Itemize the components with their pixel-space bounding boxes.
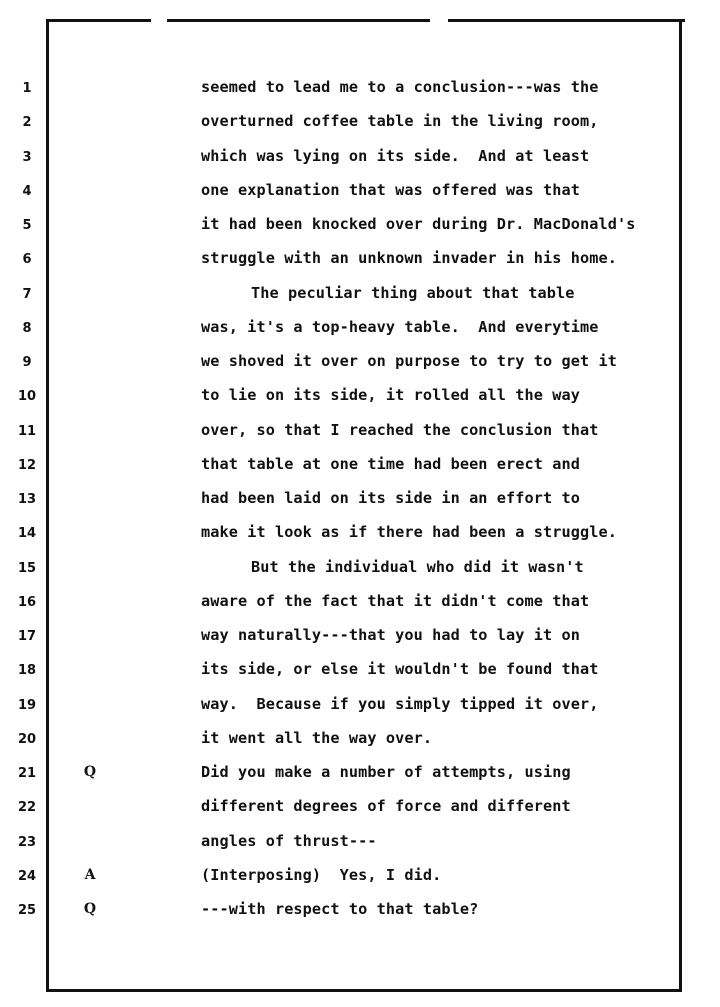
footer-right-fragment: [612, 1001, 682, 1007]
line-number: 2: [14, 115, 40, 130]
line-number: 10: [14, 389, 40, 404]
transcript-line-text: over, so that I reached the conclusion t…: [201, 421, 598, 439]
line-number: 1: [14, 81, 40, 96]
line-number: 6: [14, 252, 40, 267]
line-number: 22: [14, 800, 40, 815]
transcript-line-text: (Interposing) Yes, I did.: [201, 866, 441, 884]
line-number: 24: [14, 869, 40, 884]
line-number: 15: [14, 561, 40, 576]
line-number: 14: [14, 526, 40, 541]
speaker-label: A: [80, 867, 100, 883]
transcript-line-text: it went all the way over.: [201, 729, 432, 747]
line-number: 9: [14, 355, 40, 370]
transcript-line-text: was, it's a top-heavy table. And everyti…: [201, 318, 598, 336]
transcript-line-text: ---with respect to that table?: [201, 900, 478, 918]
transcript-line-text: we shoved it over on purpose to try to g…: [201, 352, 617, 370]
line-number: 21: [14, 766, 40, 781]
line-number: 5: [14, 218, 40, 233]
transcript-line-text: way naturally---that you had to lay it o…: [201, 626, 580, 644]
line-number: 8: [14, 321, 40, 336]
line-number: 11: [14, 424, 40, 439]
transcript-line-text: that table at one time had been erect an…: [201, 455, 580, 473]
transcript-line-text: aware of the fact that it didn't come th…: [201, 592, 589, 610]
transcript-line-text: The peculiar thing about that table: [251, 284, 575, 302]
speaker-label: Q: [80, 901, 100, 917]
line-number: 18: [14, 663, 40, 678]
line-number: 23: [14, 835, 40, 850]
line-number: 16: [14, 595, 40, 610]
transcript-line-text: Did you make a number of attempts, using: [201, 763, 571, 781]
transcript-line-text: one explanation that was offered was tha…: [201, 181, 580, 199]
line-number: 13: [14, 492, 40, 507]
line-number: 12: [14, 458, 40, 473]
transcript-line-text: had been laid on its side in an effort t…: [201, 489, 580, 507]
footer-left-fragment: [128, 1001, 168, 1007]
line-number: 19: [14, 698, 40, 713]
line-number: 25: [14, 903, 40, 918]
transcript-line-text: it had been knocked over during Dr. MacD…: [201, 215, 635, 233]
line-number: 17: [14, 629, 40, 644]
line-number: 4: [14, 184, 40, 199]
line-number: 3: [14, 150, 40, 165]
transcript-line-text: its side, or else it wouldn't be found t…: [201, 660, 598, 678]
line-number: 7: [14, 287, 40, 302]
transcript-line-text: which was lying on its side. And at leas…: [201, 147, 589, 165]
speaker-label: Q: [80, 764, 100, 780]
transcript-line-text: to lie on its side, it rolled all the wa…: [201, 386, 580, 404]
transcript-line-text: But the individual who did it wasn't: [251, 558, 584, 576]
transcript-line-text: overturned coffee table in the living ro…: [201, 112, 598, 130]
transcript-line-text: way. Because if you simply tipped it ove…: [201, 695, 598, 713]
transcript-line-text: struggle with an unknown invader in his …: [201, 249, 617, 267]
transcript-line-text: make it look as if there had been a stru…: [201, 523, 617, 541]
transcript-line-text: angles of thrust---: [201, 832, 377, 850]
transcript-line-text: seemed to lead me to a conclusion---was …: [201, 78, 598, 96]
transcript-line-text: different degrees of force and different: [201, 797, 571, 815]
line-number: 20: [14, 732, 40, 747]
